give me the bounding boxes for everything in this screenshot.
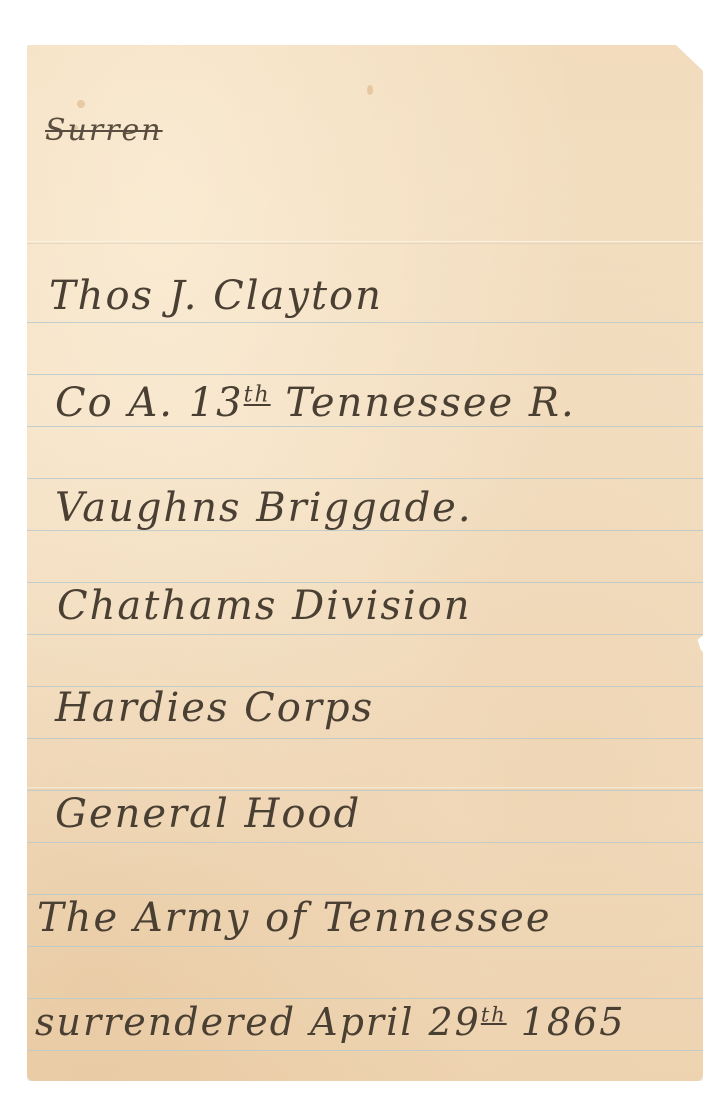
ordinal-suffix: th <box>244 383 271 408</box>
stain-spot <box>367 85 373 95</box>
line-corps-text: Hardies Corps <box>55 685 374 731</box>
line-company-text: Co A. 13 <box>55 380 244 426</box>
ruled-line <box>27 322 703 323</box>
line-brigade: Vaughns Briggade. <box>55 485 473 531</box>
ruled-line <box>27 946 703 947</box>
line-brigade-text: Vaughns Briggade. <box>55 485 473 531</box>
line-division: Chathams Division <box>57 583 472 629</box>
ruled-line <box>27 998 703 999</box>
ruled-line <box>27 374 703 375</box>
line-corps: Hardies Corps <box>55 685 374 731</box>
line-army-text: The Army of Tennessee <box>37 895 552 941</box>
line-general: General Hood <box>55 791 361 837</box>
ruled-line <box>27 738 703 739</box>
ruled-line <box>27 842 703 843</box>
line-company-regiment: Co A. 13th Tennessee R. <box>55 380 576 426</box>
line-surrender-text: surrendered April 29 <box>35 1000 481 1044</box>
line-name-text: Thos J. Clayton <box>49 273 383 319</box>
line-year-text: 1865 <box>507 1000 626 1044</box>
struck-heading: Surren <box>45 113 163 148</box>
line-name: Thos J. Clayton <box>49 273 383 319</box>
ruled-line <box>27 1050 703 1051</box>
line-general-text: General Hood <box>55 791 361 837</box>
line-army: The Army of Tennessee <box>37 895 552 941</box>
paper-sheet: Surren Thos J. Clayton Co A. 13th Tennes… <box>27 45 703 1081</box>
ruled-line <box>27 426 703 427</box>
ruled-line <box>27 634 703 635</box>
ruled-line <box>27 478 703 479</box>
ordinal-suffix: th <box>481 1002 507 1026</box>
fold-crease <box>27 241 703 244</box>
stain-spot <box>77 100 85 108</box>
line-surrender-date: surrendered April 29th 1865 <box>35 1000 625 1044</box>
line-division-text: Chathams Division <box>57 583 472 629</box>
line-regiment-text: Tennessee R. <box>271 380 576 426</box>
